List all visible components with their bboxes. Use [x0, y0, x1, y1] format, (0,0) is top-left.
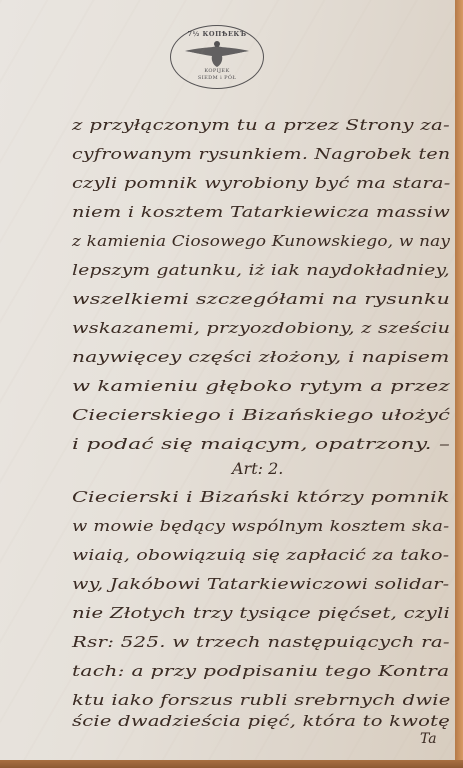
article-heading: Art: 2. — [232, 459, 283, 478]
text-line: z kamienia Ciosowego Kunowskiego, w nay — [72, 232, 450, 250]
text-line: naywięcey części złożony, i napisem — [72, 348, 450, 366]
text-line: wszelkiemi szczegółami na rysunku — [72, 290, 450, 308]
text-line: Ciecierskiego i Bizańskiego ułożyć — [72, 406, 450, 424]
text-line: ście dwadzieścia pięć, która to kwotę — [72, 712, 450, 730]
text-line: ktu iako forszus rubli srebrnych dwie — [72, 691, 451, 709]
catchword: Ta — [420, 731, 437, 747]
text-line: w mowie będący wspólnym kosztem ska- — [72, 517, 449, 535]
text-line: i podać się maiącym, opatrzony. – — [72, 435, 450, 453]
text-line: wy, Jakóbowi Tatarkiewiczowi solidar- — [72, 575, 449, 593]
text-line: wiaią, obowiązuią się zapłacić za tako- — [72, 546, 449, 564]
text-line: cyfrowanym rysunkiem. Nagrobek ten — [72, 145, 450, 163]
manuscript-text: z przyłączonym tu a przez Strony za- cyf… — [0, 0, 455, 760]
manuscript-page: 7½ КОПѢЕКЪ KOPIJEK SIEDM i PÓŁ z przyłąc… — [0, 0, 455, 760]
text-line: w kamieniu głęboko rytym a przez — [72, 377, 450, 395]
text-line: czyli pomnik wyrobiony być ma stara- — [72, 174, 451, 192]
page-edge-bottom — [0, 760, 463, 768]
text-line: lepszym gatunku, iż iak naydokładniey, — [72, 261, 450, 279]
text-line: tach: a przy podpisaniu tego Kontra — [72, 662, 449, 680]
text-line: wskazanemi, przyozdobiony, z sześciu — [72, 319, 450, 337]
text-line: Ciecierski i Bizański którzy pomnik — [72, 488, 450, 506]
text-line: z przyłączonym tu a przez Strony za- — [72, 116, 450, 134]
text-line: nie Złotych trzy tysiące pięćset, czyli — [72, 604, 450, 622]
page-edge-right — [455, 0, 463, 768]
text-line: Rsr: 525. w trzech następuiących ra- — [72, 633, 450, 651]
text-line: niem i kosztem Tatarkiewicza massiw — [72, 203, 450, 221]
